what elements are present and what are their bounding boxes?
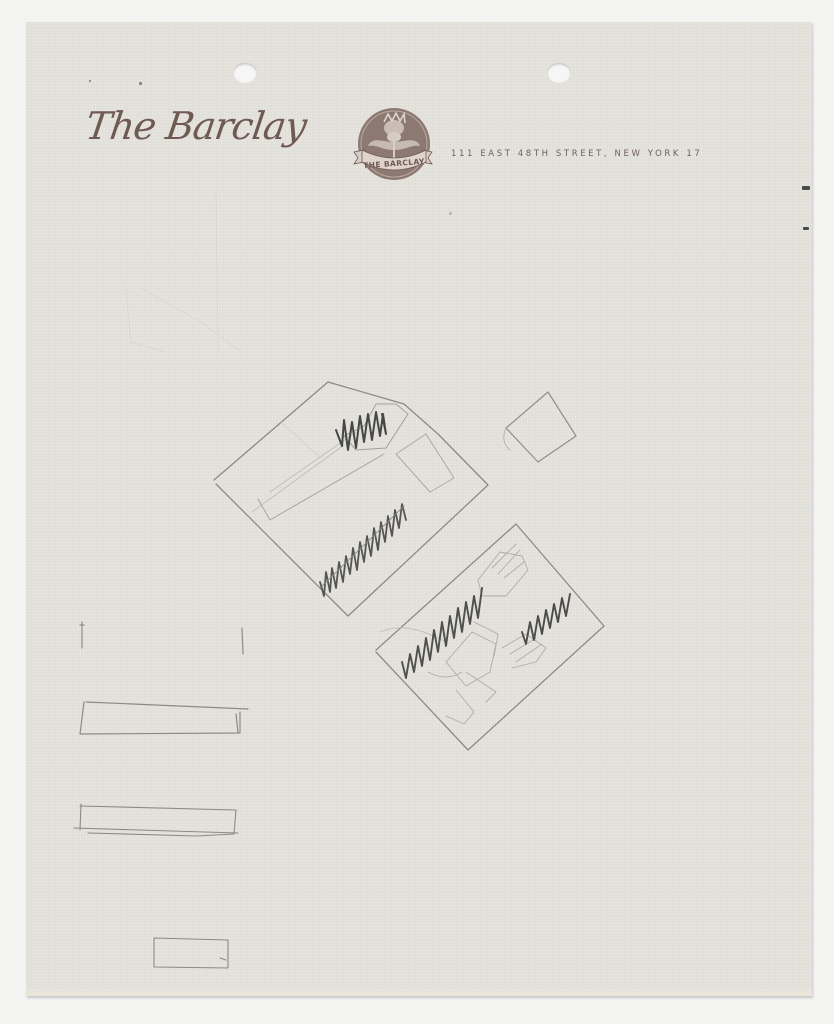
tick-marks [80, 622, 243, 654]
faint-ghost-lines [126, 192, 241, 352]
long-bar-upper [80, 702, 248, 734]
small-rectangle [154, 938, 228, 968]
tilted-plan-large [214, 382, 488, 616]
long-bar-lower [74, 804, 238, 836]
pencil-sketches [26, 22, 812, 996]
small-square [504, 392, 576, 462]
letterhead-sheet: The Barclay THE BARCLAY 111 EAST 48TH ST… [26, 22, 812, 996]
